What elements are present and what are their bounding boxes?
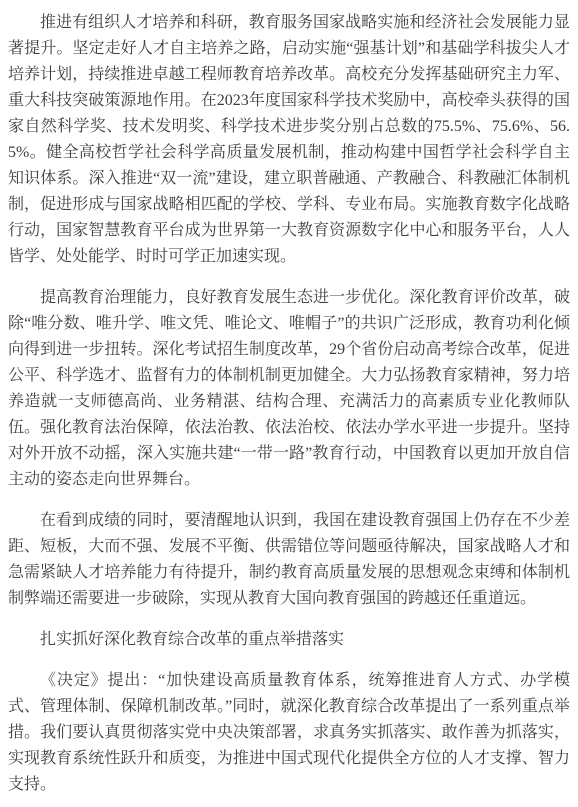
paragraph-achievements-talent-research: 推进有组织人才培养和科研，教育服务国家战略实施和经济社会发展能力显著提升。坚定走…: [8, 10, 570, 270]
paragraph-section-heading: 扎实抓好深化教育综合改革的重点举措落实: [8, 627, 570, 653]
paragraph-remaining-gaps: 在看到成绩的同时，要清醒地认识到，我国在建设教育强国上仍存在不少差距、短板，大而…: [8, 508, 570, 612]
article-text: 推进有组织人才培养和科研，教育服务国家战略实施和经济社会发展能力显著提升。坚定走…: [0, 0, 578, 798]
document-page: 推进有组织人才培养和科研，教育服务国家战略实施和经济社会发展能力显著提升。坚定走…: [0, 0, 578, 807]
paragraph-decision-measures: 《决定》提出：“加快建设高质量教育体系，统筹推进育人方式、办学模式、管理体制、保…: [8, 668, 570, 798]
paragraph-governance-reform: 提高教育治理能力，良好教育发展生态进一步优化。深化教育评价改革，破除“唯分数、唯…: [8, 285, 570, 493]
